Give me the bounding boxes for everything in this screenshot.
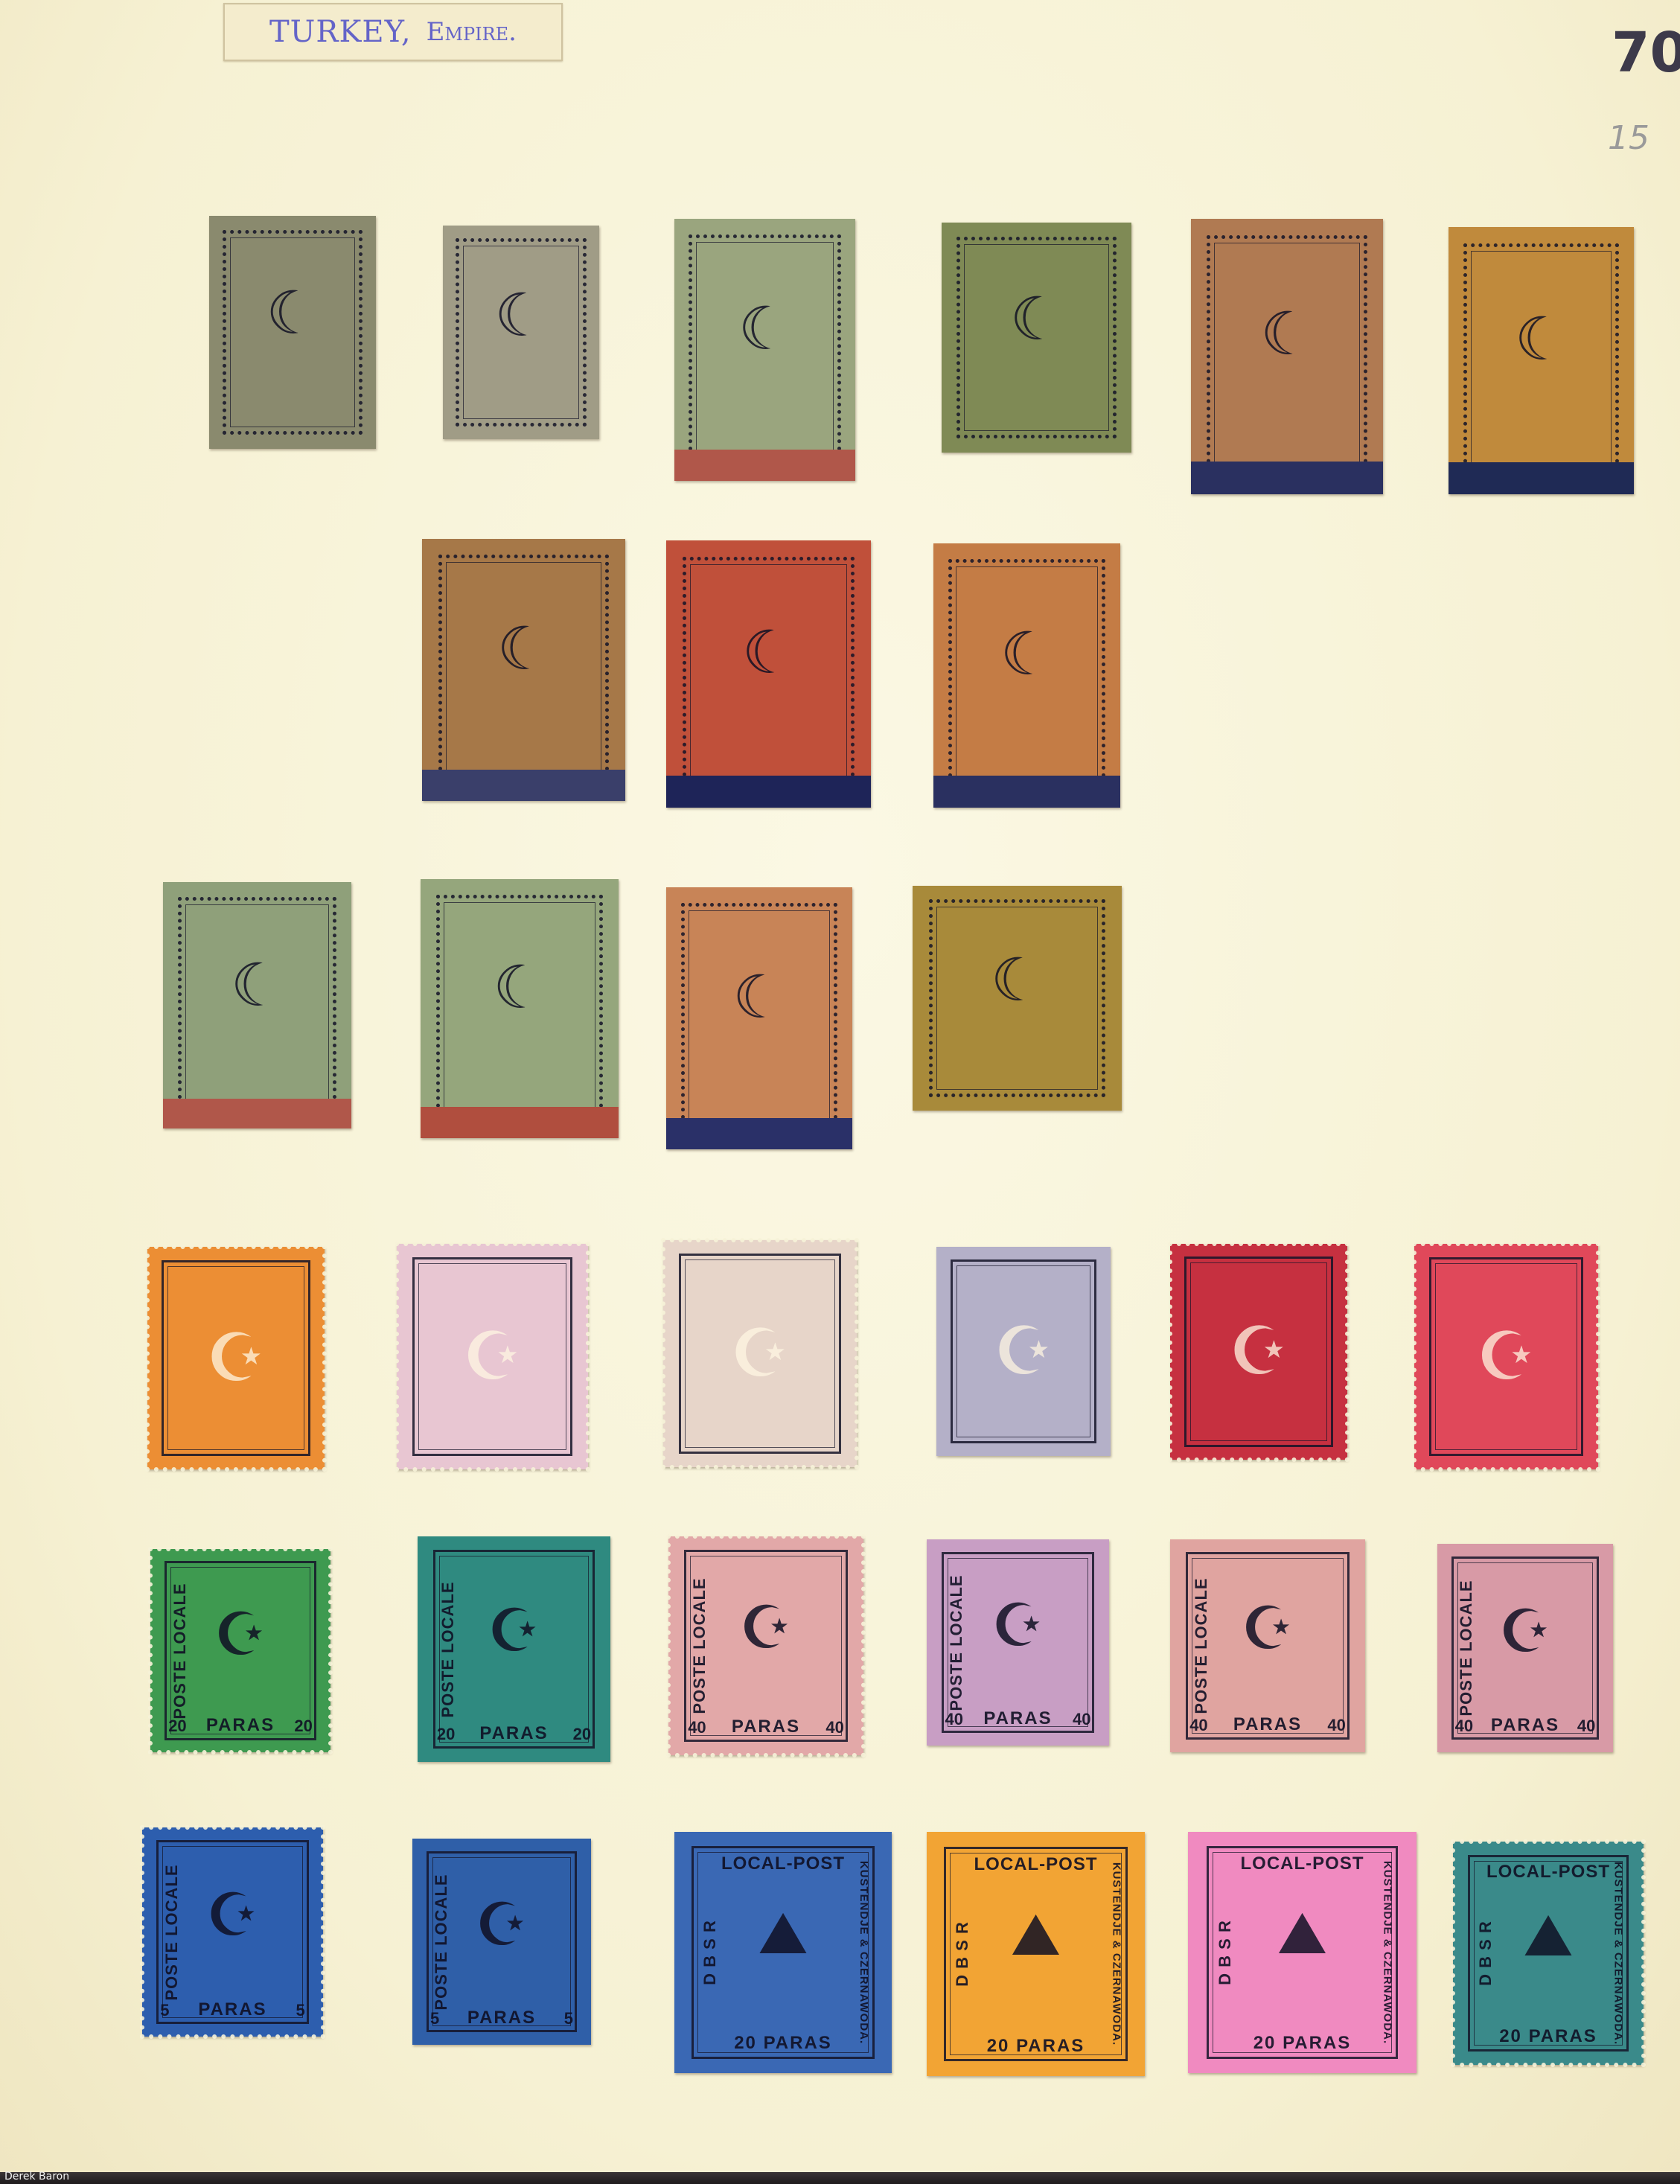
stamp-right-text: KUSTENDJE & CZERNAWODA. bbox=[857, 1861, 870, 2044]
stamp-value-corner: 20 bbox=[437, 1725, 455, 1744]
crescent-star-icon: ☪ bbox=[206, 1886, 260, 1945]
stamp-selvage bbox=[666, 776, 871, 808]
stamp-value-text: 20 PARAS bbox=[927, 2036, 1145, 2057]
tughra-crescent-icon: ☾ bbox=[1260, 304, 1314, 364]
stamp-value-corner: 40 bbox=[1455, 1717, 1473, 1736]
crescent-star-icon: ☪ bbox=[1229, 1318, 1289, 1385]
stamp: ☾ bbox=[421, 879, 619, 1138]
stamp: ☪ bbox=[936, 1247, 1111, 1456]
stamp-value-corner: 5 bbox=[296, 2001, 304, 2020]
crescent-star-icon: ☪ bbox=[214, 1605, 267, 1664]
stamp-value-corner: 5 bbox=[160, 2001, 169, 2020]
stamp-left-text: D B S R bbox=[1476, 1920, 1495, 1986]
crescent-star-icon: ☪ bbox=[994, 1318, 1054, 1385]
stamp-selvage bbox=[674, 450, 855, 481]
tughra-crescent-icon: ☾ bbox=[497, 619, 551, 679]
stamp-value-corner: 40 bbox=[1327, 1716, 1345, 1735]
tughra-crescent-icon: ☾ bbox=[1515, 310, 1568, 369]
pencil-note: 15 bbox=[1608, 119, 1649, 157]
mountain-crescent-icon: ⛰ bbox=[1011, 1905, 1061, 1964]
crescent-star-icon: ☪ bbox=[739, 1598, 793, 1658]
stamp: LOCAL-POSTD B S RKUSTENDJE & CZERNAWODA.… bbox=[1188, 1832, 1416, 2073]
stamp: ☾ bbox=[942, 223, 1131, 453]
stamp: ☾ bbox=[443, 226, 599, 439]
stamp: POSTE LOCALE☪PARAS4040 bbox=[1437, 1544, 1613, 1752]
crescent-star-icon: ☪ bbox=[488, 1601, 541, 1661]
tughra-crescent-icon: ☾ bbox=[494, 286, 548, 345]
stamp-left-text: D B S R bbox=[700, 1920, 720, 1985]
stamp-value-corner: 5 bbox=[430, 2009, 439, 2028]
stamp-side-text: POSTE LOCALE bbox=[438, 1581, 458, 1717]
stamp-selvage bbox=[163, 1099, 351, 1128]
stamp: POSTE LOCALE☪PARAS4040 bbox=[1170, 1539, 1365, 1752]
stamp: ☾ bbox=[209, 216, 376, 449]
watermark: Derek Baron bbox=[4, 2171, 69, 2183]
stamp-value-text: 20 PARAS bbox=[1188, 2033, 1416, 2054]
stamp-value-corner: 20 bbox=[294, 1717, 312, 1736]
tughra-crescent-icon: ☾ bbox=[1000, 625, 1054, 684]
stamp: ☾ bbox=[666, 887, 852, 1149]
stamp: POSTE LOCALE☪PARAS2020 bbox=[150, 1549, 330, 1752]
country-subtitle: Empire. bbox=[427, 17, 517, 47]
mountain-crescent-icon: ⛰ bbox=[1277, 1903, 1327, 1963]
crescent-star-icon: ☪ bbox=[1241, 1599, 1294, 1658]
stamp: ☾ bbox=[1449, 227, 1634, 494]
stamp-value-corner: 40 bbox=[825, 1718, 843, 1737]
stamp: ☪ bbox=[1414, 1244, 1598, 1469]
stamp-side-text: POSTE LOCALE bbox=[690, 1577, 709, 1714]
stamp-value-text: 20 PARAS bbox=[674, 2033, 892, 2054]
stamp: POSTE LOCALE☪PARAS55 bbox=[142, 1827, 323, 2037]
stamp: POSTE LOCALE☪PARAS2020 bbox=[418, 1536, 610, 1762]
stamp: LOCAL-POSTD B S RKUSTENDJE & CZERNAWODA.… bbox=[1453, 1842, 1644, 2065]
stamp-side-text: POSTE LOCALE bbox=[170, 1583, 190, 1719]
stamp: POSTE LOCALE☪PARAS55 bbox=[412, 1839, 591, 2045]
stamp-side-text: POSTE LOCALE bbox=[947, 1574, 966, 1711]
stamp-selvage bbox=[666, 1118, 852, 1149]
stamp-left-text: D B S R bbox=[1216, 1920, 1235, 1985]
page-bottom-edge bbox=[0, 2172, 1680, 2184]
stamp: ☾ bbox=[666, 540, 871, 808]
stamp: ☾ bbox=[933, 543, 1120, 808]
stamp: LOCAL-POSTD B S RKUSTENDJE & CZERNAWODA.… bbox=[674, 1832, 892, 2073]
tughra-crescent-icon: ☾ bbox=[1010, 290, 1064, 349]
crescent-star-icon: ☪ bbox=[1476, 1324, 1536, 1390]
stamp-value-text: 20 PARAS bbox=[1453, 2026, 1644, 2047]
stamp-value-corner: 40 bbox=[1073, 1710, 1090, 1729]
mountain-crescent-icon: ⛰ bbox=[1523, 1906, 1573, 1965]
stamp: ☾ bbox=[674, 219, 855, 481]
stamp-value-corner: 40 bbox=[688, 1718, 706, 1737]
country-label: TURKEY, Empire. bbox=[223, 3, 563, 61]
stamp-selvage bbox=[1191, 462, 1383, 494]
stamp: ☾ bbox=[913, 886, 1122, 1111]
stamp: ☾ bbox=[1191, 219, 1383, 494]
stamp-left-text: D B S R bbox=[953, 1921, 972, 1987]
stamp: ☾ bbox=[163, 882, 351, 1128]
crescent-star-icon: ☪ bbox=[475, 1895, 528, 1955]
stamp: ☪ bbox=[1170, 1244, 1347, 1460]
country-name: TURKEY, bbox=[269, 15, 412, 49]
stamp: POSTE LOCALE☪PARAS4040 bbox=[668, 1536, 863, 1755]
album-page: TURKEY, Empire. 70 15 ☾☾☾☾☾☾☾☾☾☾☾☾☾☪☪☪☪☪… bbox=[0, 0, 1680, 2184]
stamp-side-text: POSTE LOCALE bbox=[1192, 1577, 1211, 1714]
stamp-side-text: POSTE LOCALE bbox=[432, 1874, 451, 2010]
stamp: ☪ bbox=[147, 1247, 325, 1469]
mountain-crescent-icon: ⛰ bbox=[758, 1903, 808, 1963]
tughra-crescent-icon: ☾ bbox=[266, 284, 319, 343]
stamp-value-corner: 40 bbox=[1189, 1716, 1207, 1735]
crescent-star-icon: ☪ bbox=[462, 1324, 523, 1390]
stamp-value-corner: 40 bbox=[945, 1710, 963, 1729]
stamp: ☪ bbox=[663, 1240, 857, 1467]
stamp-value-corner: 20 bbox=[573, 1725, 591, 1744]
stamp-side-text: POSTE LOCALE bbox=[162, 1864, 182, 2000]
stamp-right-text: KUSTENDJE & CZERNAWODA. bbox=[1381, 1861, 1393, 2044]
tughra-crescent-icon: ☾ bbox=[493, 958, 546, 1018]
tughra-crescent-icon: ☾ bbox=[231, 956, 284, 1015]
stamp: ☾ bbox=[422, 539, 625, 801]
stamp-value-corner: 40 bbox=[1577, 1717, 1595, 1736]
stamp-selvage bbox=[421, 1107, 619, 1138]
tughra-crescent-icon: ☾ bbox=[738, 299, 792, 359]
stamp-selvage bbox=[422, 770, 625, 801]
crescent-star-icon: ☪ bbox=[991, 1596, 1045, 1655]
stamp-side-text: POSTE LOCALE bbox=[1457, 1580, 1476, 1716]
stamp: POSTE LOCALE☪PARAS4040 bbox=[927, 1539, 1109, 1746]
crescent-star-icon: ☪ bbox=[730, 1321, 791, 1388]
tughra-crescent-icon: ☾ bbox=[732, 968, 786, 1027]
stamp-right-text: KUSTENDJE & CZERNAWODA. bbox=[1111, 1862, 1123, 2046]
tughra-crescent-icon: ☾ bbox=[991, 951, 1044, 1010]
page-number: 70 bbox=[1612, 21, 1680, 85]
stamp-right-text: KUSTENDJE & CZERNAWODA. bbox=[1612, 1862, 1624, 2045]
crescent-star-icon: ☪ bbox=[206, 1325, 266, 1392]
stamp: ☪ bbox=[397, 1244, 588, 1469]
stamp: LOCAL-POSTD B S RKUSTENDJE & CZERNAWODA.… bbox=[927, 1832, 1145, 2076]
stamp-selvage bbox=[1449, 462, 1634, 494]
stamp-selvage bbox=[933, 776, 1120, 808]
crescent-star-icon: ☪ bbox=[1498, 1602, 1552, 1661]
stamp-value-corner: 20 bbox=[168, 1717, 186, 1736]
stamp-value-corner: 5 bbox=[564, 2009, 573, 2028]
tughra-crescent-icon: ☾ bbox=[742, 623, 796, 683]
